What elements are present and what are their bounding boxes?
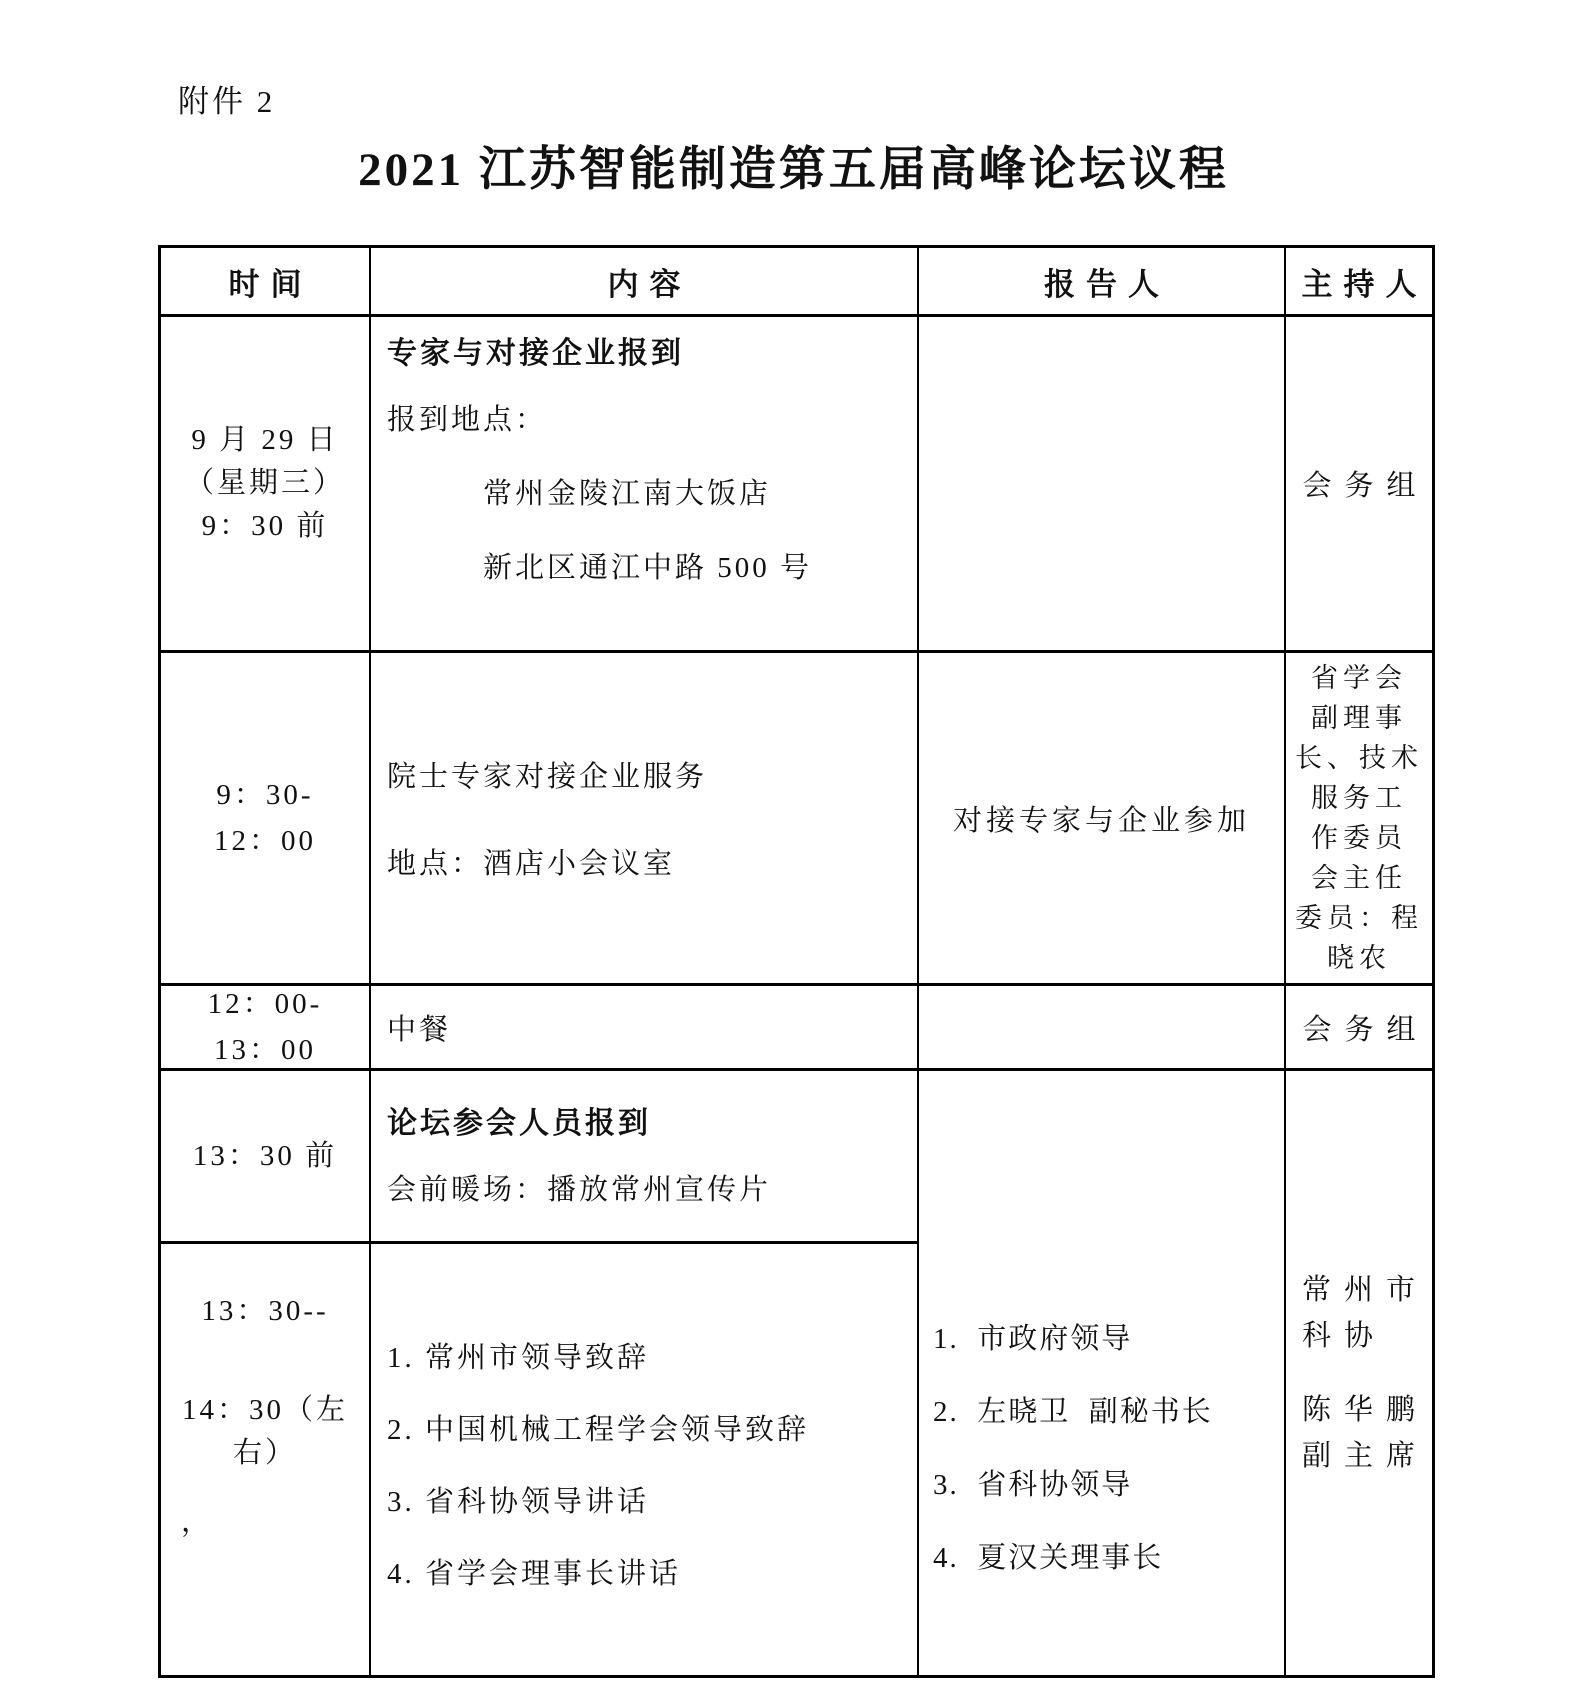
attachment-label: 附件 2 [178,76,275,121]
host-cell-rows4-5: 常州市 科协 陈华鹏 副主席 [1286,1071,1432,1675]
content-cell-row4: 论坛参会人员报到 会前暖场：播放常州宣传片 [371,1071,919,1244]
host-cell-row3: 会务组 [1286,986,1432,1071]
agenda-table: 时间 内容 报告人 主持人 9 月 29 日 （星期三） 9：30 前 专家与对… [158,245,1435,1678]
reporter-list-item: 2. 左晓卫 副秘书长 [933,1394,1284,1430]
header-cell-content: 内容 [371,248,919,317]
content-row1-line: 报到地点： [387,401,917,439]
reporter-cell-row3 [919,986,1286,1071]
page-title: 2021 江苏智能制造第五届高峰论坛议程 [0,132,1587,199]
time-row5-start: 13：30-- [201,1290,328,1333]
reporter-list-item: 4. 夏汉关理事长 [933,1540,1284,1576]
content-row1-line: 新北区通江中路 500 号 [483,549,917,587]
content-cell-row5: 1. 常州市领导致辞 2. 中国机械工程学会领导致辞 3. 省科协领导讲话 4.… [371,1244,919,1675]
content-list-item: 1. 常州市领导致辞 [387,1340,917,1376]
content-row2-line: 院士专家对接企业服务 [387,754,917,795]
content-row1-title: 专家与对接企业报到 [387,335,917,373]
host-paragraph: 常州市 科协 [1302,1267,1428,1359]
reporter-cell-rows4-5: 1. 市政府领导 2. 左晓卫 副秘书长 3. 省科协领导 4. 夏汉关理事长 [919,1071,1286,1675]
time-cell-row5: 13：30-- 14：30（左 右） ， [161,1244,371,1675]
content-row4-title: 论坛参会人员报到 [387,1105,917,1143]
content-row2-line: 地点：酒店小会议室 [387,841,917,882]
time-cell-row2: 9：30- 12：00 [161,653,371,986]
document-page: 附件 2 2021 江苏智能制造第五届高峰论坛议程 时间 内容 报告人 主持人 … [0,0,1587,1685]
reporter-list-item: 1. 市政府领导 [933,1321,1284,1357]
header-cell-time: 时间 [161,248,371,317]
content-cell-row1: 专家与对接企业报到 报到地点： 常州金陵江南大饭店 新北区通江中路 500 号 [371,317,919,653]
header-cell-reporter: 报告人 [919,248,1286,317]
time-cell-row3: 12：00- 13：00 [161,986,371,1071]
content-cell-row2: 院士专家对接企业服务 地点：酒店小会议室 [371,653,919,986]
host-cell-row2: 省学会 副理事 长、技术 服务工 作委员 会主任 委员：程 晓农 [1286,653,1432,986]
reporter-cell-row1 [919,317,1286,653]
reporter-cell-row2: 对接专家与企业参加 [919,653,1286,986]
host-cell-row1: 会务组 [1286,317,1432,653]
content-list-item: 4. 省学会理事长讲话 [387,1556,917,1592]
header-cell-host: 主持人 [1286,248,1432,317]
host-paragraph: 陈华鹏 副主席 [1302,1387,1428,1479]
content-list-item: 3. 省科协领导讲话 [387,1484,917,1520]
reporter-list-item: 3. 省科协领导 [933,1467,1284,1503]
content-cell-row3: 中餐 [371,986,919,1071]
time-row5-stray-comma: ， [181,1501,213,1544]
time-cell-row4: 13：30 前 [161,1071,371,1244]
content-row1-line: 常州金陵江南大饭店 [483,475,917,513]
content-row4-line: 会前暖场：播放常州宣传片 [387,1171,917,1209]
time-cell-row1: 9 月 29 日 （星期三） 9：30 前 [161,317,371,653]
content-list-item: 2. 中国机械工程学会领导致辞 [387,1412,917,1448]
time-row5-end: 14：30（左 右） [182,1389,348,1475]
